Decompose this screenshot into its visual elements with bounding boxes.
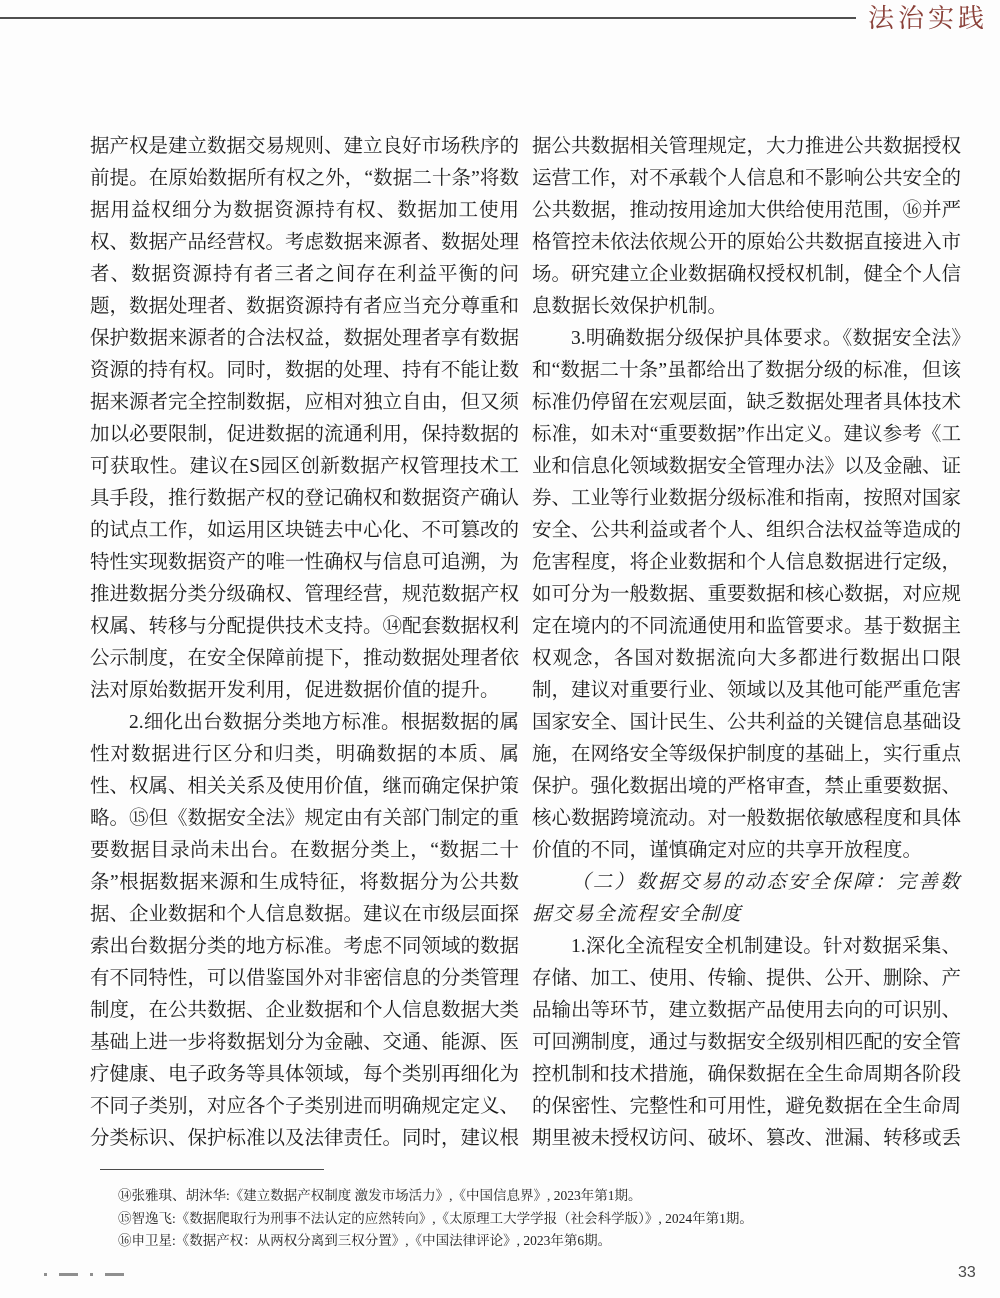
section-label: 法治实践 (868, 4, 1000, 34)
paragraph-point-3: 3.明确数据分级保护具体要求。《数据安全法》和“数据二十条”虽都给出了数据分级的… (532, 323, 961, 867)
paragraph-continuation: 据产权是建立数据交易规则、建立良好市场秩序的前提。在原始数据所有权之外，“数据二… (90, 131, 519, 707)
column-left: 据产权是建立数据交易规则、建立良好市场秩序的前提。在原始数据所有权之外，“数据二… (90, 131, 519, 1155)
footnotes: ⑭张雅琪、胡沐华:《建立数据产权制度 激发市场活力》,《中国信息界》, 2023… (118, 1185, 918, 1253)
trim-dash-icon (59, 1273, 78, 1276)
column-right: 据公共数据相关管理规定，大力推进公共数据授权运营工作，对不承载个人信息和不影响公… (532, 131, 961, 1155)
subsection-heading: （二）数据交易的动态安全保障：完善数据交易全流程安全制度 (532, 867, 961, 931)
footnote-item-16: ⑯申卫星:《数据产权：从两权分离到三权分置》,《中国法律评论》, 2023年第6… (118, 1230, 918, 1253)
paragraph-continuation: 据公共数据相关管理规定，大力推进公共数据授权运营工作，对不承载个人信息和不影响公… (532, 131, 961, 323)
trim-dash-icon (105, 1273, 124, 1276)
page-number: 33 (958, 1264, 976, 1282)
footnote-item-14: ⑭张雅琪、胡沐华:《建立数据产权制度 激发市场活力》,《中国信息界》, 2023… (118, 1185, 918, 1208)
trim-marks (44, 1273, 124, 1276)
paragraph-point-1: 1.深化全流程安全机制建设。针对数据采集、存储、加工、使用、传输、提供、公开、删… (532, 931, 961, 1155)
footnote-separator-rule (100, 1169, 324, 1170)
journal-page: { "header": { "section_label": "法治实践", "… (0, 0, 1000, 1298)
trim-dot-icon (90, 1273, 93, 1276)
trim-dot-icon (44, 1273, 47, 1276)
footnote-item-15: ⑮智逸飞:《数据爬取行为刑事不法认定的应然转向》,《太原理工大学学报（社会科学版… (118, 1208, 918, 1231)
paragraph-point-2: 2.细化出台数据分类地方标准。根据数据的属性对数据进行区分和归类，明确数据的本质… (90, 707, 519, 1155)
header-rule (0, 17, 856, 19)
